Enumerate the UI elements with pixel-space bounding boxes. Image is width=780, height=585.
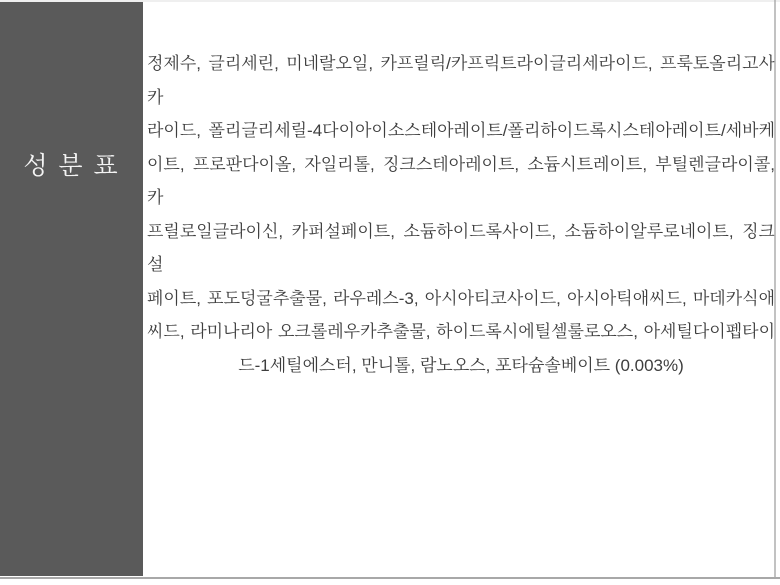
ingredients-text-line: 이트, 프로판다이올, 자일리톨, 징크스테아레이트, 소듐시트레이트, 부틸렌… [147, 148, 775, 215]
ingredients-text-line: 페이트, 포도덩굴추출물, 라우레스-3, 아시아티코사이드, 아시아틱애씨드,… [147, 282, 775, 316]
ingredients-text-line: 정제수, 글리세린, 미네랄오일, 카프릴릭/카프릭트라이글리세라이드, 프룩토… [147, 47, 775, 114]
ingredients-text-line: 드-1세틸에스터, 만니톨, 람노오스, 포타슘솔베이트 (0.003%) [147, 349, 775, 383]
ingredients-text-line: 프릴로일글라이신, 카퍼설페이트, 소듐하이드록사이드, 소듐하이알루로네이트,… [147, 215, 775, 282]
section-title: 성 분 표 [0, 146, 143, 182]
bottom-edge-line [0, 577, 780, 579]
right-edge-line [774, 0, 776, 579]
ingredient-info-panel: 성 분 표 정제수, 글리세린, 미네랄오일, 카프릴릭/카프릭트라이글리세라이… [0, 0, 780, 585]
ingredients-text-line: 씨드, 라미나리아 오크롤레우카추출물, 하이드록시에틸셀룰로오스, 아세틸다이… [147, 315, 775, 349]
ingredients-text-block: 정제수, 글리세린, 미네랄오일, 카프릴릭/카프릭트라이글리세라이드, 프룩토… [147, 47, 775, 382]
ingredients-text-line: 라이드, 폴리글리세릴-4다이아이소스테아레이트/폴리하이드록시스테아레이트/세… [147, 114, 775, 148]
ingredients-header-panel: 성 분 표 [0, 2, 143, 576]
